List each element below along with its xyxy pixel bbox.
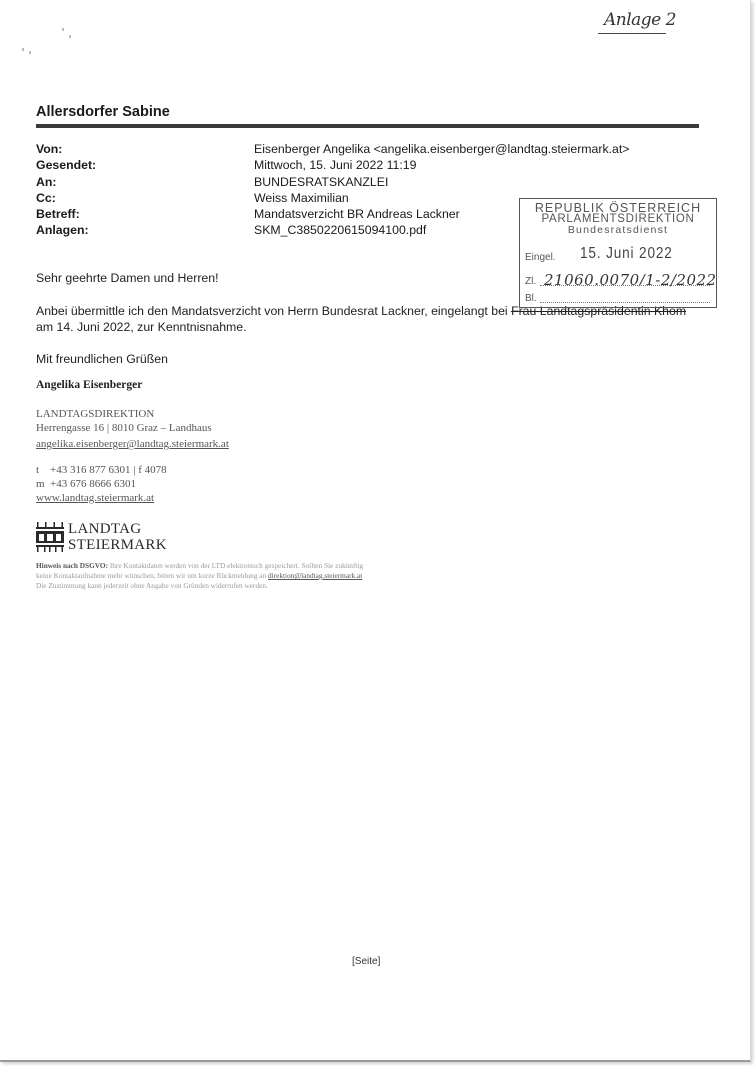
logo-line1: LANDTAG	[68, 521, 167, 537]
field-label: Gesendet:	[36, 157, 254, 173]
field-label: Cc:	[36, 190, 254, 206]
signature-website: www.landtag.steiermark.at	[36, 491, 154, 505]
sender-title: Allersdorfer Sabine	[36, 104, 170, 120]
header-row-to: An: BUNDESRATSKANZLEI	[36, 174, 629, 190]
field-label: An:	[36, 174, 254, 190]
signature-org: LANDTAGSDIREKTION	[36, 407, 154, 421]
stamp-reference-label: Zl.	[525, 276, 536, 287]
logo-wordmark: LANDTAG STEIERMARK	[68, 521, 167, 553]
title-divider	[36, 124, 699, 128]
stamp-reference-number: 21060.0070/1-2/2022	[544, 271, 717, 289]
field-value: Mittwoch, 15. Juni 2022 11:19	[254, 157, 416, 173]
gdpr-text: keine Kontaktaufnahme mehr wünschen, bit…	[36, 571, 268, 580]
gdpr-heading: Hinweis nach DSGVO:	[36, 561, 108, 570]
body-text-a: Anbei übermittle ich den Mandatsverzicht…	[36, 304, 511, 318]
parliament-building-icon	[36, 521, 64, 553]
receipt-stamp: REPUBLIK ÖSTERREICH PARLAMENTSDIREKTION …	[519, 198, 717, 308]
landtag-logo: LANDTAG STEIERMARK	[36, 521, 167, 553]
closing: Mit freundlichen Grüßen	[36, 351, 168, 368]
gdpr-text: Ihre Kontaktdaten werden von der LTD ele…	[108, 561, 363, 570]
stamp-received-label: Eingel.	[525, 252, 556, 263]
header-row-from: Von: Eisenberger Angelika <angelika.eise…	[36, 141, 629, 157]
field-label: Von:	[36, 141, 254, 157]
signature-phone: t +43 316 877 6301 | f 4078	[36, 463, 167, 477]
website-link[interactable]: www.landtag.steiermark.at	[36, 492, 154, 504]
attachment-filename[interactable]: SKM_C3850220615094100.pdf	[254, 222, 426, 238]
header-row-sent: Gesendet: Mittwoch, 15. Juni 2022 11:19	[36, 157, 629, 173]
gdpr-line2: keine Kontaktaufnahme mehr wünschen, bit…	[36, 571, 363, 581]
signature-mobile: m +43 676 8666 6301	[36, 477, 136, 491]
signature-email-link[interactable]: angelika.eisenberger@landtag.steiermark.…	[36, 438, 229, 450]
stamp-received-date: 15. Juni 2022	[580, 245, 673, 263]
field-label: Anlagen:	[36, 222, 254, 238]
field-label: Betreff:	[36, 206, 254, 222]
field-value: Mandatsverzicht BR Andreas Lackner	[254, 206, 460, 222]
logo-line2: STEIERMARK	[68, 537, 167, 553]
stamp-line3: Bundesratsdienst	[520, 224, 716, 236]
page-footer: [Seite]	[352, 956, 380, 967]
body-paragraph-line2: am 14. Juni 2022, zur Kenntnisnahme.	[36, 319, 247, 336]
signature-name: Angelika Eisenberger	[36, 379, 142, 391]
greeting: Sehr geehrte Damen und Herren!	[36, 270, 219, 287]
field-value: Weiss Maximilian	[254, 190, 349, 206]
stamp-dotted-line	[540, 302, 710, 303]
gdpr-notice: Hinweis nach DSGVO: Ihre Kontaktdaten we…	[36, 561, 363, 591]
stamp-dotted-line	[540, 285, 710, 286]
field-value: Eisenberger Angelika <angelika.eisenberg…	[254, 141, 629, 157]
field-value: BUNDESRATSKANZLEI	[254, 174, 388, 190]
gdpr-line1: Hinweis nach DSGVO: Ihre Kontaktdaten we…	[36, 561, 363, 571]
signature-address: Herrengasse 16 | 8010 Graz – Landhaus	[36, 421, 212, 435]
document-page: Anlage 2 Allersdorfer Sabine Von: Eisenb…	[0, 0, 751, 1062]
handwritten-annotation: Anlage 2	[604, 10, 676, 30]
handwritten-underline	[598, 33, 666, 34]
gdpr-email-link[interactable]: direktion@landtag.steiermark.at	[268, 571, 362, 580]
signature-email: angelika.eisenberger@landtag.steiermark.…	[36, 437, 229, 451]
stamp-sheet-label: Bl.	[525, 293, 537, 304]
gdpr-line3: Die Zustimmung kann jederzeit ohne Angab…	[36, 581, 363, 591]
